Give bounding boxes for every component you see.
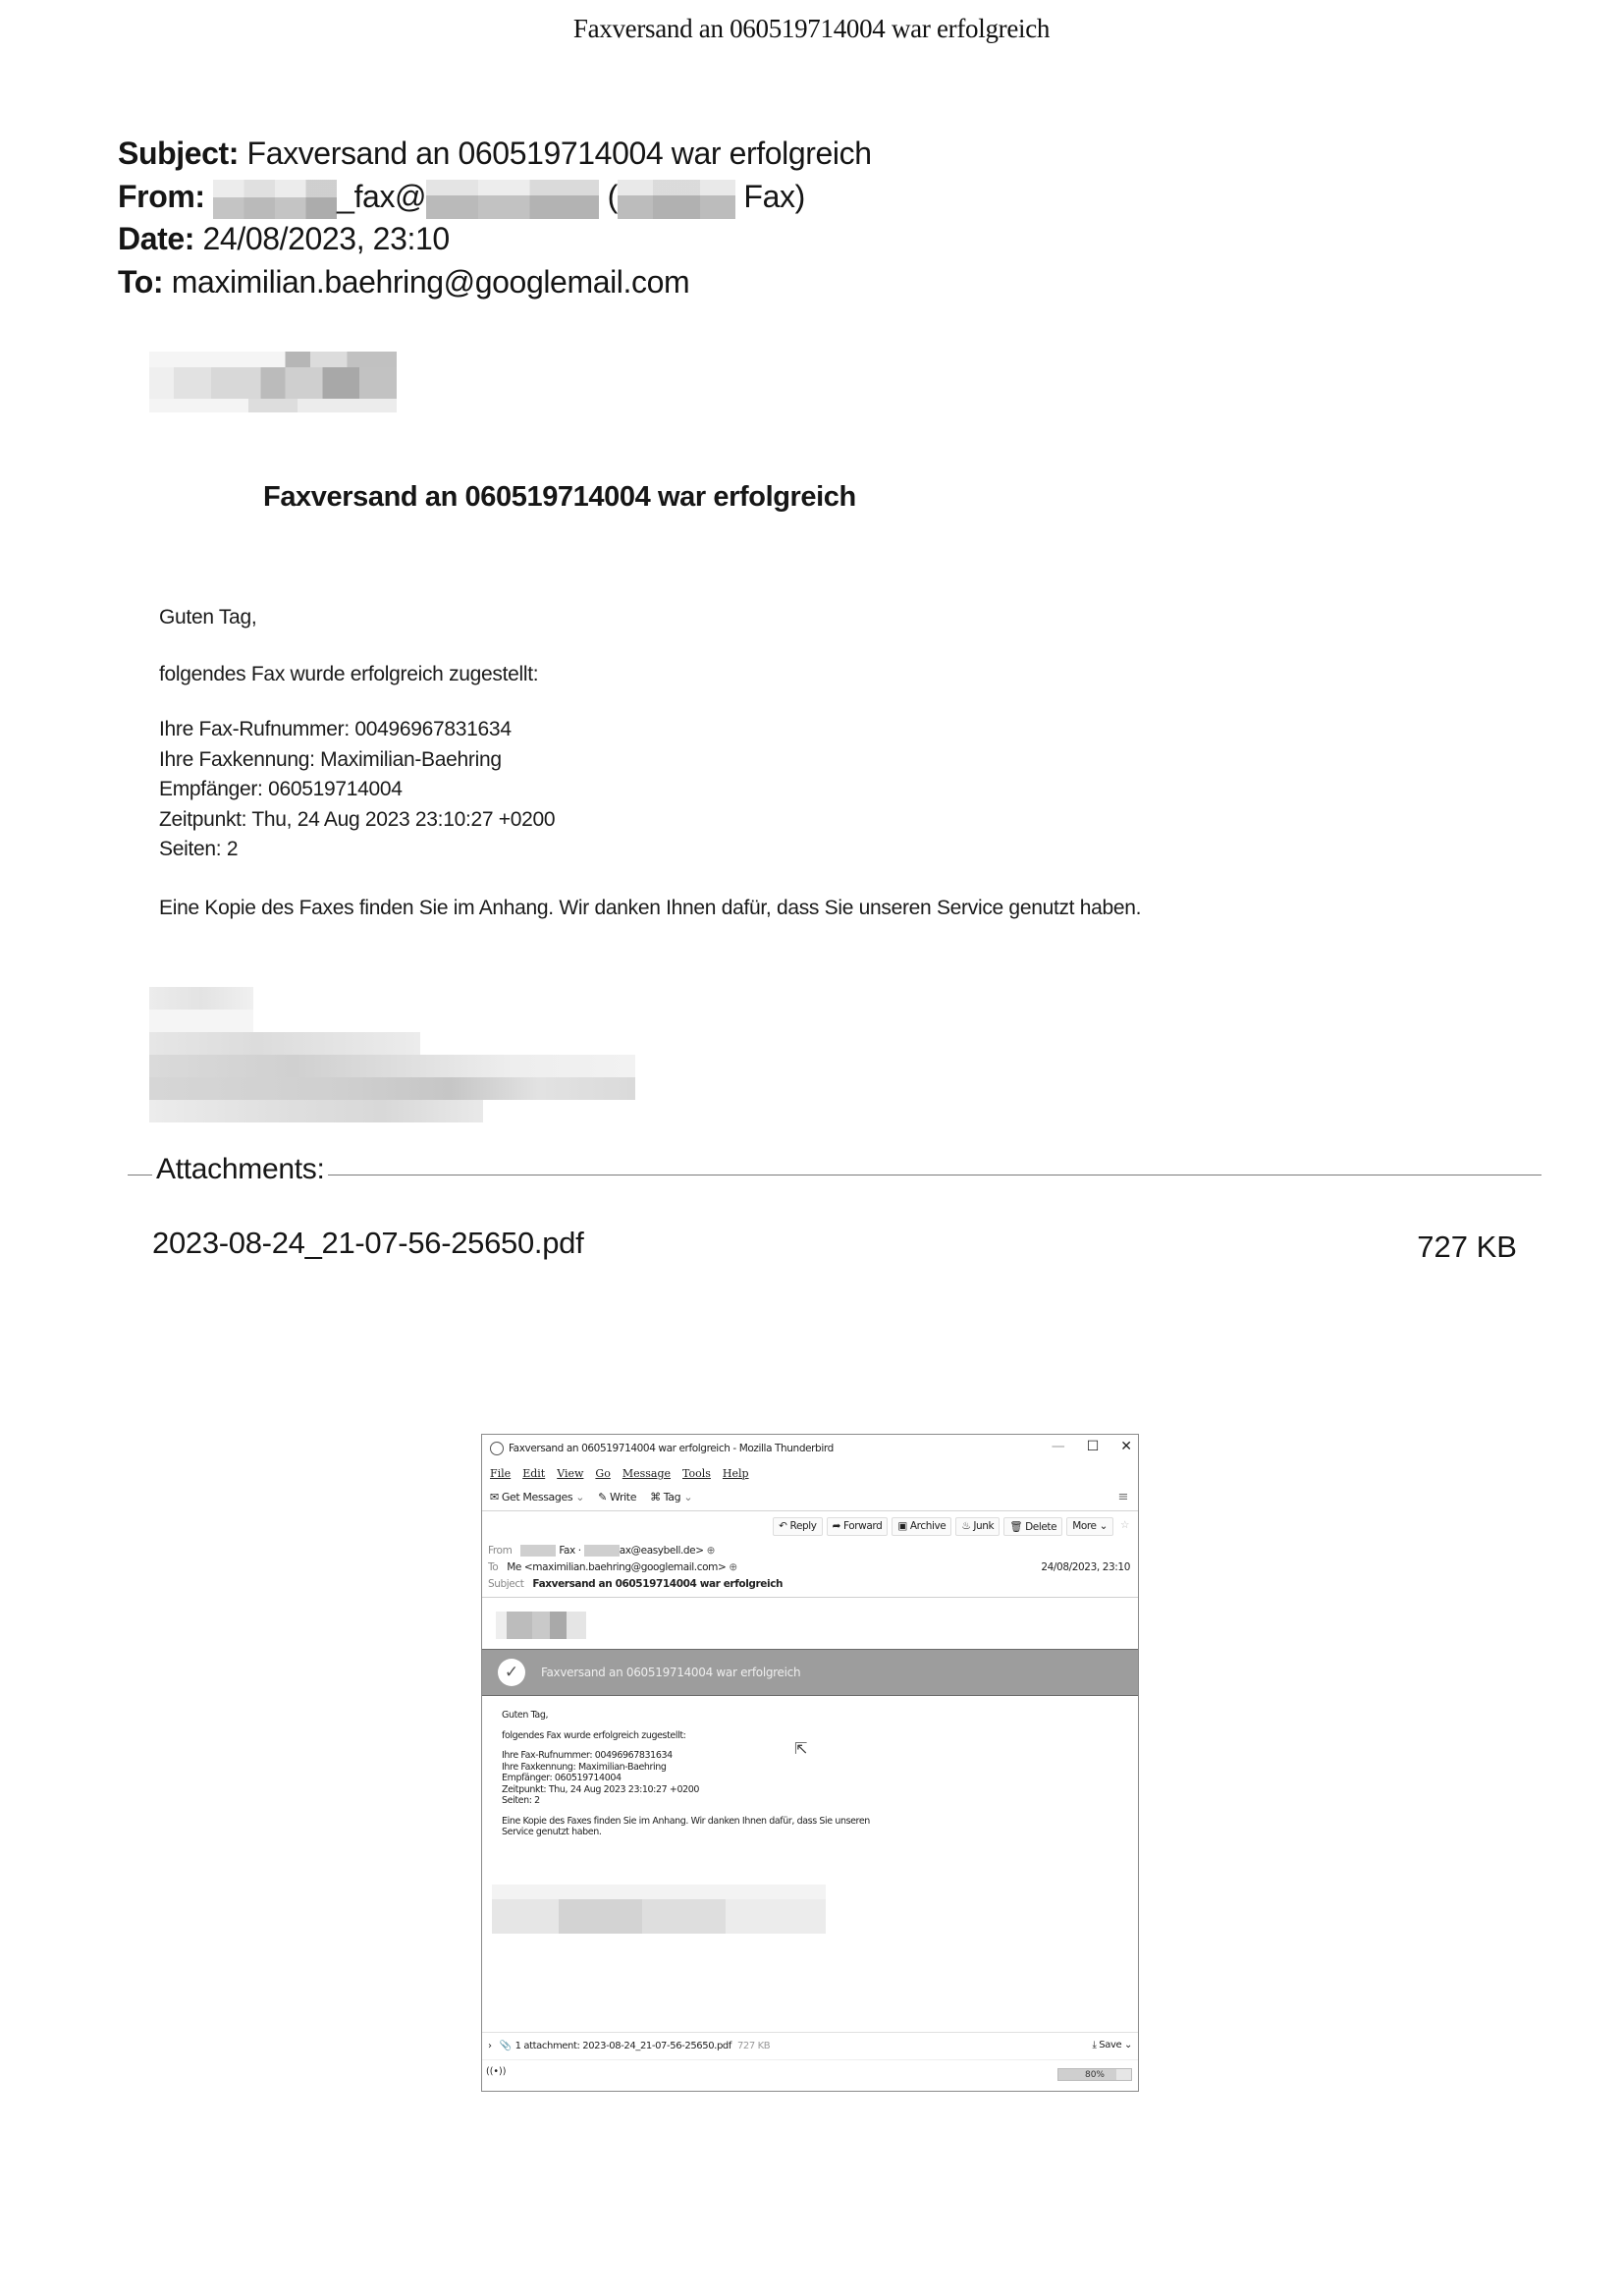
forward-label: Forward: [843, 1520, 882, 1532]
envelope-icon: ✉: [490, 1491, 502, 1503]
to-label: To:: [118, 264, 163, 300]
attachment-summary[interactable]: 1 attachment: 2023-08-24_21-07-56-25650.…: [515, 2041, 731, 2051]
redacted-sender-address: [584, 1545, 620, 1557]
archive-label: Archive: [910, 1520, 947, 1532]
menu-message[interactable]: Message: [622, 1467, 671, 1480]
message-actions: ↶ Reply ➦ Forward ▣ Archive ♨ Junk 🗑 Del…: [773, 1517, 1132, 1536]
date-value: 24/08/2023, 23:10: [203, 221, 450, 256]
header-from-row: From Fax · ax@easybell.de> ⊕: [488, 1543, 1130, 1559]
to-label: To: [488, 1561, 498, 1573]
window-title: Faxversand an 060519714004 war erfolgrei…: [509, 1443, 834, 1454]
contact-icon[interactable]: ⊕: [729, 1561, 736, 1573]
forward-button[interactable]: ➦ Forward: [827, 1517, 889, 1536]
subject-value: Faxversand an 060519714004 war erfolgrei…: [532, 1578, 783, 1590]
subject-value: Faxversand an 060519714004 war erfolgrei…: [247, 136, 872, 171]
menu-tools[interactable]: Tools: [682, 1467, 711, 1480]
window-controls: — ☐ ✕: [1052, 1439, 1132, 1454]
get-messages-label: Get Messages: [502, 1491, 572, 1503]
detail-fax-number: Ihre Fax-Rufnummer: 00496967831634: [159, 715, 555, 745]
page-title: Faxversand an 060519714004 war erfolgrei…: [0, 14, 1623, 44]
from-part1: Fax ·: [559, 1545, 580, 1557]
more-label: More: [1072, 1520, 1096, 1532]
intro-text: folgendes Fax wurde erfolgreich zugestel…: [502, 1730, 870, 1742]
save-button[interactable]: ⤓ Save ⌄: [1092, 2040, 1132, 2050]
status-bar: ((•)) 80%: [482, 2059, 1138, 2089]
checkmark-icon: ✓: [498, 1659, 525, 1686]
tag-icon: ⌘: [650, 1491, 664, 1503]
thunderbird-window: Faxversand an 060519714004 war erfolgrei…: [481, 1434, 1139, 2092]
menu-help[interactable]: Help: [723, 1467, 749, 1480]
message-heading: Faxversand an 060519714004 war erfolgrei…: [263, 481, 856, 514]
archive-button[interactable]: ▣ Archive: [892, 1517, 951, 1536]
tag-label: Tag: [664, 1491, 680, 1503]
from-label: From:: [118, 179, 205, 214]
message-date: 24/08/2023, 23:10: [1041, 1559, 1130, 1576]
menu-edit[interactable]: Edit: [522, 1467, 545, 1480]
fax-details: Ihre Fax-Rufnummer: 00496967831634 Ihre …: [502, 1750, 870, 1807]
hamburger-menu-icon[interactable]: ≡: [1118, 1490, 1129, 1504]
detail-pages: Seiten: 2: [159, 835, 555, 865]
minimize-icon[interactable]: —: [1052, 1439, 1065, 1454]
tag-button[interactable]: ⌘ Tag ⌄: [650, 1491, 692, 1503]
closing-text: Eine Kopie des Faxes finden Sie im Anhan…: [159, 894, 1200, 922]
chevron-down-icon: ⌄: [683, 1491, 692, 1503]
get-messages-button[interactable]: ✉ Get Messages ⌄: [490, 1491, 584, 1503]
pencil-icon: ✎: [598, 1491, 610, 1503]
menu-go[interactable]: Go: [595, 1467, 610, 1480]
date-label: Date:: [118, 221, 194, 256]
detail-pages: Seiten: 2: [502, 1795, 870, 1807]
chevron-down-icon[interactable]: ⌄: [575, 1491, 584, 1503]
header-subject: Subject: Faxversand an 060519714004 war …: [118, 132, 872, 175]
delete-label: Delete: [1025, 1521, 1056, 1533]
redacted-logo: [496, 1612, 586, 1639]
main-toolbar: ✉ Get Messages ⌄ ✎ Write ⌘ Tag ⌄ ≡: [482, 1484, 1138, 1511]
closing-text: Eine Kopie des Faxes finden Sie im Anhan…: [502, 1816, 870, 1838]
junk-button[interactable]: ♨ Junk: [955, 1517, 1000, 1536]
from-value-part2: (: [608, 179, 618, 214]
write-label: Write: [610, 1491, 636, 1503]
redacted-sender-name: [213, 180, 337, 219]
junk-label: Junk: [973, 1520, 994, 1532]
trash-icon: 🗑: [1009, 1521, 1025, 1533]
star-icon[interactable]: ☆: [1117, 1517, 1132, 1536]
header-divider: [482, 1597, 1138, 1598]
more-button[interactable]: More ⌄: [1066, 1517, 1113, 1536]
header-from: From: _fax@ ( Fax): [118, 175, 805, 219]
redacted-sender-domain: [426, 180, 599, 219]
to-value: maximilian.baehring@googlemail.com: [172, 264, 690, 300]
message-body: Guten Tag, folgendes Fax wurde erfolgrei…: [502, 1710, 870, 1847]
from-label: From: [488, 1545, 512, 1557]
menu-view[interactable]: View: [557, 1467, 583, 1480]
write-button[interactable]: ✎ Write: [598, 1491, 636, 1503]
message-headers: From Fax · ax@easybell.de> ⊕ To Me <maxi…: [488, 1543, 1130, 1593]
from-value-part3: Fax): [743, 179, 804, 214]
banner-text: Faxversand an 060519714004 war erfolgrei…: [541, 1666, 800, 1679]
reply-button[interactable]: ↶ Reply: [773, 1517, 822, 1536]
detail-recipient: Empfänger: 060519714004: [502, 1773, 870, 1784]
maximize-icon[interactable]: ☐: [1087, 1439, 1100, 1454]
header-date: Date: 24/08/2023, 23:10: [118, 217, 450, 260]
attachments-label: Attachments:: [152, 1153, 328, 1186]
subject-label: Subject:: [118, 136, 239, 171]
detail-fax-id: Ihre Faxkennung: Maximilian-Baehring: [502, 1762, 870, 1774]
closing-line-1: Eine Kopie des Faxes finden Sie im Anhan…: [502, 1816, 870, 1828]
mouse-cursor-icon: ⇱: [794, 1739, 807, 1758]
redacted-logo: [149, 352, 397, 412]
detail-timestamp: Zeitpunkt: Thu, 24 Aug 2023 23:10:27 +02…: [502, 1784, 870, 1796]
junk-icon: ♨: [961, 1520, 973, 1532]
header-to: To: maximilian.baehring@googlemail.com: [118, 260, 689, 303]
window-titlebar: Faxversand an 060519714004 war erfolgrei…: [482, 1435, 1138, 1462]
progress-bar: 80%: [1057, 2068, 1132, 2081]
redacted-sender-name: [520, 1545, 556, 1557]
attachment-size: 727 KB: [737, 2041, 770, 2051]
greeting: Guten Tag,: [502, 1710, 870, 1722]
redacted-signature: [149, 987, 876, 1121]
contact-icon[interactable]: ⊕: [707, 1545, 715, 1557]
attachment-filename[interactable]: 2023-08-24_21-07-56-25650.pdf: [152, 1226, 583, 1261]
success-banner: ✓ Faxversand an 060519714004 war erfolgr…: [482, 1649, 1138, 1696]
reply-label: Reply: [790, 1520, 817, 1532]
redacted-sender-display: [618, 180, 735, 219]
greeting: Guten Tag,: [159, 603, 256, 632]
online-status-icon[interactable]: ((•)): [486, 2066, 506, 2077]
chevron-down-icon[interactable]: ⌄: [1124, 2040, 1132, 2050]
delete-button[interactable]: 🗑 Delete: [1003, 1517, 1062, 1536]
paperclip-icon: 📎: [500, 2041, 512, 2051]
subject-label: Subject: [488, 1578, 523, 1590]
save-label: Save: [1099, 2040, 1121, 2050]
expand-chevron-icon[interactable]: ›: [488, 2041, 492, 2051]
closing-line-2: Service genutzt haben.: [502, 1827, 870, 1838]
from-part2[interactable]: ax@easybell.de>: [620, 1545, 704, 1557]
from-value-part1: _fax@: [337, 179, 426, 214]
intro-text: folgendes Fax wurde erfolgreich zugestel…: [159, 660, 538, 689]
thunderbird-icon: [490, 1442, 504, 1455]
to-value[interactable]: Me <maximilian.baehring@googlemail.com>: [507, 1561, 726, 1573]
forward-icon: ➦: [833, 1520, 843, 1532]
fax-details: Ihre Fax-Rufnummer: 00496967831634 Ihre …: [159, 715, 555, 865]
reply-icon: ↶: [779, 1520, 789, 1532]
header-subject-row: Subject Faxversand an 060519714004 war e…: [488, 1576, 1130, 1593]
redacted-signature: [492, 1885, 826, 1934]
detail-fax-number: Ihre Fax-Rufnummer: 00496967831634: [502, 1750, 870, 1762]
detail-fax-id: Ihre Faxkennung: Maximilian-Baehring: [159, 745, 555, 776]
detail-recipient: Empfänger: 060519714004: [159, 775, 555, 805]
menu-file[interactable]: File: [490, 1467, 511, 1480]
archive-icon: ▣: [897, 1520, 909, 1532]
attachments-divider: [128, 1175, 1542, 1175]
detail-timestamp: Zeitpunkt: Thu, 24 Aug 2023 23:10:27 +02…: [159, 805, 555, 836]
menu-bar: File Edit View Go Message Tools Help: [482, 1462, 1138, 1484]
header-to-row: To Me <maximilian.baehring@googlemail.co…: [488, 1559, 1130, 1576]
attachment-bar[interactable]: › 📎 1 attachment: 2023-08-24_21-07-56-25…: [482, 2032, 1138, 2059]
attachment-size: 727 KB: [1375, 1230, 1517, 1265]
progress-text: 80%: [1058, 2069, 1131, 2081]
close-icon[interactable]: ✕: [1120, 1439, 1132, 1454]
chevron-down-icon: ⌄: [1100, 1520, 1108, 1532]
